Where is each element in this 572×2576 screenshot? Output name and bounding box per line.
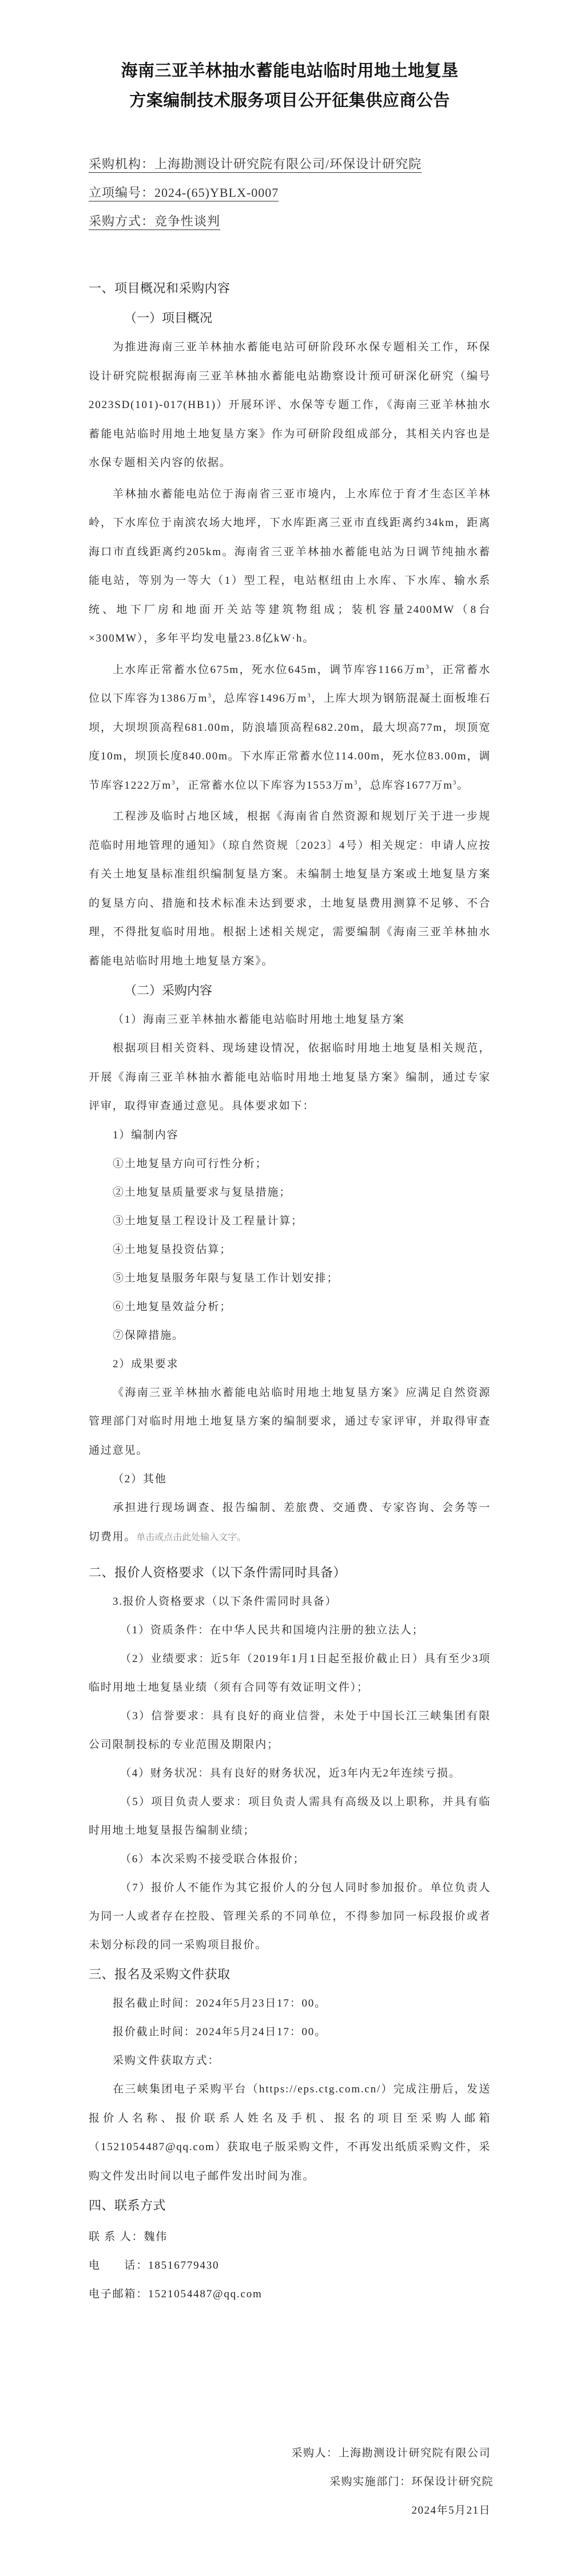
project-number-label: 立项编号： (89, 185, 154, 200)
compile-content-heading: 1）编制内容 (89, 1121, 491, 1150)
procurement-item-1-title: （1）海南三亚羊林抽水蓄能电站临时用地土地复垦方案 (89, 1006, 491, 1034)
procurement-method-label: 采购方式： (89, 214, 154, 228)
compile-item: ⑥土地复垦效益分析； (89, 1293, 491, 1321)
qualification-item: （4）财务状况：具有良好的财务状况，近3年内无2年连续亏损。 (89, 1759, 491, 1788)
email-value[interactable]: 1521054487@qq.com (148, 2288, 263, 2300)
procurement-item-2-title: （2）其他 (89, 1465, 491, 1494)
document-acquisition-paragraph: 在三峡集团电子采购平台（https://eps.ctg.com.cn/）完成注册… (89, 2075, 491, 2191)
section-1-heading: 一、项目概况和采购内容 (89, 274, 491, 303)
project-number-row: 立项编号：2024-(65)YBLX-0007 (89, 179, 491, 207)
document-body: 一、项目概况和采购内容 （一）项目概况 为推进海南三亚羊林抽水蓄能电站可研阶段环… (89, 274, 491, 2309)
email-row: 电子邮箱：1521054487@qq.com (89, 2280, 491, 2309)
qualification-item: （3）信誉要求：具有良好的商业信誉，未处于中国长江三峡集团有限公司限制投标的专业… (89, 1702, 491, 1759)
compile-item: ⑦保障措施。 (89, 1321, 491, 1350)
section-1-sub-2-heading: （二）采购内容 (89, 976, 491, 1006)
qualification-item: （5）项目负责人要求：项目负责人需具有高级及以上职称，并具有临时用地土地复垦报告… (89, 1788, 491, 1845)
contact-person-value: 魏伟 (144, 2231, 168, 2243)
project-number-value: 2024-(65)YBLX-0007 (154, 185, 279, 200)
quote-deadline: 报价截止时间：2024年5月24日17：00。 (89, 2018, 491, 2047)
document-meta: 采购机构：上海勘测设计研究院有限公司/环保设计研究院 立项编号：2024-(65… (89, 150, 491, 236)
phone-value: 18516779430 (148, 2260, 219, 2272)
document-acquisition-label: 采购文件获取方式： (89, 2047, 491, 2075)
reservoir-paragraph: 上水库正常蓄水位675m，死水位645m，调节库容1166万m3，正常蓄水位以下… (89, 656, 491, 801)
procurement-agency-value: 上海勘测设计研究院有限公司/环保设计研究院 (154, 157, 422, 171)
qualification-item: （1）资质条件：在中华人民共和国境内注册的独立法人； (89, 1616, 491, 1645)
phone-row: 电 话：18516779430 (89, 2251, 491, 2280)
result-requirements-paragraph: 《海南三亚羊林抽水蓄能电站临时用地土地复垦方案》应满足自然资源管理部门对临时用地… (89, 1379, 491, 1466)
contact-person-label: 联 系 人： (89, 2231, 144, 2243)
email-label: 电子邮箱： (89, 2288, 148, 2300)
procurement-item-2-paragraph: 承担进行现场调查、报告编制、差旅费、交通费、专家咨询、会务等一切费用。单击或点击… (89, 1494, 491, 1552)
compile-item: ②土地复垦质量要求与复垦措施； (89, 1178, 491, 1207)
compile-item: ⑤土地复垦服务年限与复垦工作计划安排； (89, 1264, 491, 1293)
qualification-item: （2）业绩要求：近5年（2019年1月1日起至报价截止日）具有至少3项临时用地土… (89, 1645, 491, 1702)
result-requirements-heading: 2）成果要求 (89, 1350, 491, 1379)
contact-person-row: 联 系 人：魏伟 (89, 2223, 491, 2251)
title-line-2: 方案编制技术服务项目公开征集供应商公告 (89, 86, 491, 116)
procurement-item-1-paragraph: 根据项目相关资料、现场建设情况，依据临时用地土地复垦相关规范，开展《海南三亚羊林… (89, 1034, 491, 1121)
registration-deadline: 报名截止时间：2024年5月23日17：00。 (89, 1989, 491, 2018)
overview-paragraph-3: 工程涉及临时占地区域，根据《海南省自然资源和规划厅关于进一步规范临时用地管理的通… (89, 802, 491, 976)
signoff-date: 2024年5月21日 (205, 2496, 491, 2525)
phone-label: 电 话： (89, 2260, 148, 2272)
procurement-method-row: 采购方式：竞争性谈判 (89, 207, 491, 236)
qualification-intro: 3.报价人资格要求（以下条件需同时具备） (89, 1588, 491, 1616)
qualification-item: （6）本次采购不接受联合体报价； (89, 1845, 491, 1874)
procurement-agency-row: 采购机构：上海勘测设计研究院有限公司/环保设计研究院 (89, 150, 491, 179)
document-title: 海南三亚羊林抽水蓄能电站临时用地土地复垦 方案编制技术服务项目公开征集供应商公告 (89, 56, 491, 116)
signoff-purchaser: 采购人：上海勘测设计研究院有限公司 (205, 2439, 491, 2468)
section-1-sub-1-heading: （一）项目概况 (89, 303, 491, 333)
overview-paragraph-1: 为推进海南三亚羊林抽水蓄能电站可研阶段环水保专题相关工作，环保设计研究院根据海南… (89, 333, 491, 478)
compile-item: ①土地复垦方向可行性分析； (89, 1150, 491, 1178)
section-4-heading: 四、联系方式 (89, 2191, 491, 2221)
signoff-block: 采购人：上海勘测设计研究院有限公司 采购实施部门：环保设计研究院 2024年5月… (205, 2439, 491, 2525)
signoff-department: 采购实施部门：环保设计研究院 (205, 2468, 494, 2496)
overview-paragraph-2: 羊林抽水蓄能电站位于海南省三亚市境内，上水库位于育才生态区羊林岭，下水库位于南滨… (89, 480, 491, 654)
title-line-1: 海南三亚羊林抽水蓄能电站临时用地土地复垦 (89, 56, 491, 86)
section-3-heading: 三、报名及采购文件获取 (89, 1960, 491, 1989)
section-2-heading: 二、报价人资格要求（以下条件需同时具备） (89, 1558, 491, 1588)
compile-item: ④土地复垦投资估算； (89, 1236, 491, 1264)
procurement-agency-label: 采购机构： (89, 157, 154, 171)
procurement-method-value: 竞争性谈判 (154, 214, 220, 228)
qualification-item: （7）报价人不能作为其它报价人的分包人同时参加报价。单位负责人为同一人或者存在控… (89, 1874, 491, 1960)
input-placeholder-field[interactable]: 单击或点击此处输入文字。 (136, 1533, 246, 1542)
compile-item: ③土地复垦工程设计及工程量计算； (89, 1207, 491, 1236)
